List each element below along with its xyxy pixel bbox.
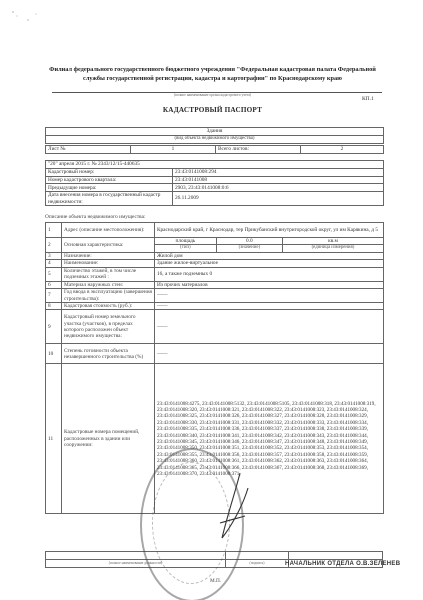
row-number: 9 [46,310,62,344]
amount-caption: (значение) [216,245,282,252]
cadastral-quarter: 23:43:0141008 [173,176,384,184]
row-number: 11 [46,364,62,514]
row-number: 4 [46,260,62,267]
object-kind-caption: (вид объекта недвижимого имущества) [46,136,384,144]
signature-field [226,552,289,560]
organization-name: Филиал федерального государственного бюд… [40,66,385,83]
id-label: Кадастровый номер: [46,168,173,176]
id-label: Предыдущие номера: [46,184,173,192]
previous-numbers: 2903, 23:43:0141008:0:6 [173,184,384,192]
row-number: 1 [46,223,62,238]
name-value: Здание жилое-виртуальное [155,260,384,267]
characteristic-type: площадь [155,238,217,245]
row-label: Кадастровые номера помещений, расположен… [62,364,155,514]
scan-artifact-marks [8,8,48,28]
readiness-value: —— [155,344,384,364]
row-label: Материал наружных стен: [62,281,155,288]
row-label: Кадастровая стоимость (руб.): [62,303,155,310]
wall-material-value: Из прочих материалов [155,281,384,288]
row-number: 2 [46,238,62,253]
premises-cadastral-numbers: 23:43:0141008:4275, 23:43:0141008:5132, … [155,364,384,514]
sheet-label: Лист № [46,146,131,154]
sheet-number: 1 [131,146,216,154]
row-number: 5 [46,267,62,281]
characteristic-unit: кв.м [282,238,383,245]
total-sheets-label: Всего листов: [216,146,301,154]
official-name-field [289,552,383,560]
row-label: Адрес (описание местоположения): [62,223,155,238]
signature-caption: (подпись) [226,560,289,568]
row-label: Степень готовности объекта незавершенног… [62,344,155,364]
floors-value: 16, а также подземных 0 [155,267,384,281]
sheet-table: Лист № 1 Всего листов: 2 [45,145,384,154]
description-table: 1 Адрес (описание местоположения): Красн… [45,222,384,514]
row-number: 7 [46,289,62,303]
object-kind-table: Здания (вид объекта недвижимого имуществ… [45,127,384,144]
row-label: Основная характеристика: [62,238,155,253]
row-label: Кадастровый номер земельного участка (уч… [62,310,155,344]
row-number: 3 [46,252,62,259]
cadastral-number: 23:43:0141008:294 [173,168,384,176]
document-title: КАДАСТРОВЫЙ ПАСПОРТ [40,106,385,114]
row-label: Количество этажей, в том числе подземных… [62,267,155,281]
identification-table: "20" апреля 2015 г. № 2343/12/15-440635 … [45,160,384,206]
address-value: Краснодарский край, г Краснодар, тер При… [155,223,384,238]
cadastral-value: —— [155,303,384,310]
land-plot-value: —— [155,310,384,344]
form-code: КП.1 [362,96,374,102]
id-label: Номер кадастрового квартала: [46,176,173,184]
row-label: Наименование: [62,260,155,267]
id-label: Дата внесения номера в государственный к… [46,192,173,206]
organization-caption: (полное наименование органа кадастрового… [40,93,385,97]
characteristic-amount: 0.0 [216,238,282,245]
description-heading: Описание объекта недвижимого имущества: [45,214,145,220]
position-caption: (полное наименование должности) [46,560,226,568]
seal-label: М.П. [210,578,221,584]
commission-year-value: —— [155,289,384,303]
position-field [46,552,226,560]
document-date-number: "20" апреля 2015 г. № 2343/12/15-440635 [46,161,384,169]
row-number: 8 [46,303,62,310]
object-kind-value: Здания [46,128,384,136]
official-name-stamp: НАЧАЛЬНИК ОТДЕЛА О.В.ЗЕЛЕНЕВ [285,561,400,567]
row-label: Год ввода в эксплуатацию (завершения стр… [62,289,155,303]
unit-caption: (единица измерения) [282,245,383,252]
row-number: 10 [46,344,62,364]
registration-date: 26.11.2009 [173,192,384,206]
row-label: Назначение: [62,252,155,259]
type-caption: (тип) [155,245,217,252]
purpose-value: Жилой дом [155,252,384,259]
row-number: 6 [46,281,62,288]
total-sheets-number: 2 [301,146,384,154]
